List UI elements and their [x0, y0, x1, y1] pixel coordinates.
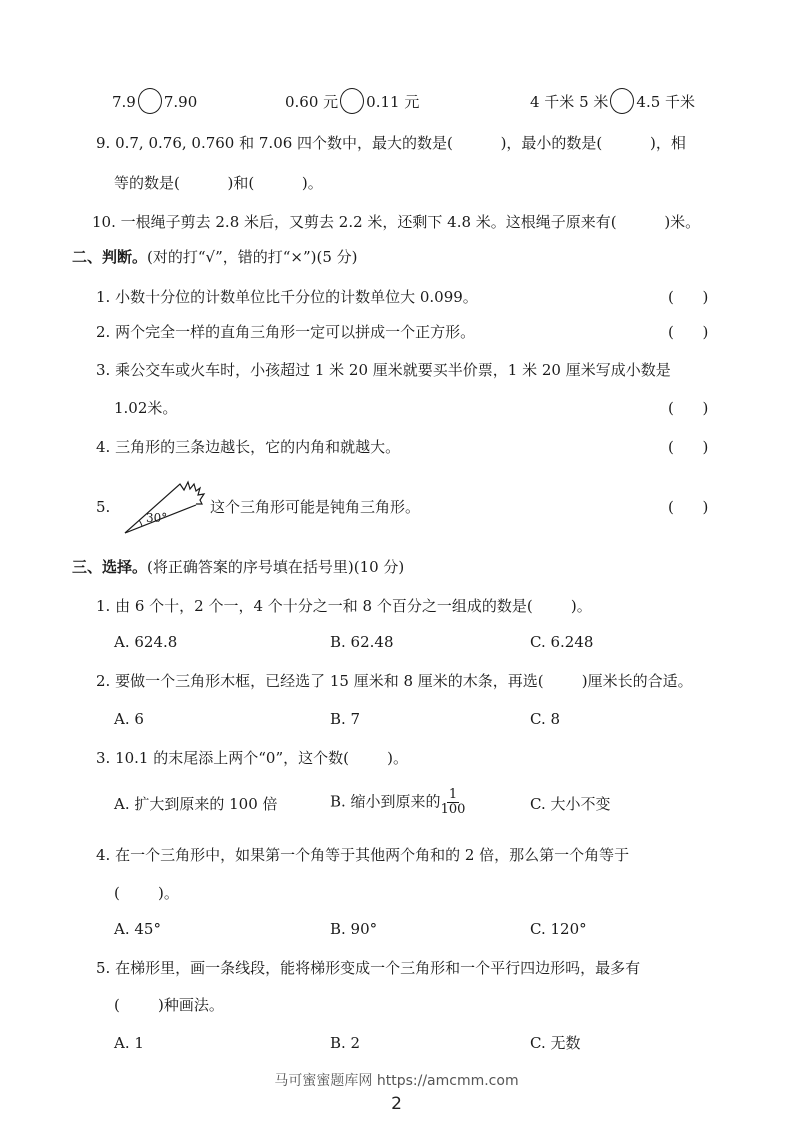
choice-option-4b[interactable]: B. 90° — [330, 919, 377, 939]
choice-option-3a[interactable]: A. 扩大到原来的 100 倍 — [114, 794, 278, 814]
choice-option-3b[interactable]: B. 缩小到原来的1100 — [330, 788, 465, 817]
judge-item-5-number: 5. — [96, 497, 110, 517]
compare-circle-blank[interactable] — [138, 88, 162, 114]
compare-right: 0.11 元 — [366, 93, 419, 111]
judge-item-2: 2. 两个完全一样的直角三角形一定可以拼成一个正方形。 — [96, 322, 475, 342]
judge-answer-paren-5[interactable]: ( ) — [668, 497, 708, 517]
choice-question-3: 3. 10.1 的末尾添上两个“0”，这个数( )。 — [96, 748, 408, 768]
choice-option-2a[interactable]: A. 6 — [114, 709, 144, 729]
section-3-heading: 三、选择。(将正确答案的序号填在括号里)(10 分) — [72, 557, 404, 577]
section-3-title: 三、选择。 — [72, 558, 147, 576]
question-9-line1: 9. 0.7, 0.76, 0.760 和 7.06 四个数中，最大的数是( )… — [96, 133, 686, 153]
choice-question-2: 2. 要做一个三角形木框，已经选了 15 厘米和 8 厘米的木条，再选( )厘米… — [96, 671, 693, 691]
judge-answer-paren-1[interactable]: ( ) — [668, 287, 708, 307]
choice-question-5-cont: ( )种画法。 — [114, 995, 224, 1015]
angle-label: 30° — [146, 511, 167, 525]
judge-item-3: 3. 乘公交车或火车时，小孩超过 1 米 20 厘米就要买半价票，1 米 20 … — [96, 360, 671, 380]
judge-item-1: 1. 小数十分位的计数单位比千分位的计数单位大 0.099。 — [96, 287, 478, 307]
question-10: 10. 一根绳子剪去 2.8 米后，又剪去 2.2 米，还剩下 4.8 米。这根… — [92, 212, 700, 232]
fraction-one-hundredth: 1100 — [441, 788, 466, 817]
section-3-subtitle: (将正确答案的序号填在括号里)(10 分) — [147, 558, 404, 576]
choice-option-1a[interactable]: A. 624.8 — [114, 632, 177, 652]
choice-option-1c[interactable]: C. 6.248 — [530, 632, 593, 652]
compare-circle-blank[interactable] — [610, 88, 634, 114]
choice-option-2c[interactable]: C. 8 — [530, 709, 560, 729]
section-2-title: 二、判断。 — [72, 248, 147, 266]
judge-item-5: 这个三角形可能是钝角三角形。 — [210, 497, 420, 517]
judge-answer-paren-3[interactable]: ( ) — [668, 398, 708, 418]
choice-option-5c[interactable]: C. 无数 — [530, 1033, 580, 1053]
watermark: 马可蜜蜜题库网 https://amcmm.com — [0, 1070, 793, 1090]
choice-option-1b[interactable]: B. 62.48 — [330, 632, 394, 652]
section-2-heading: 二、判断。(对的打“√”，错的打“×”)(5 分) — [72, 247, 358, 267]
choice-option-5b[interactable]: B. 2 — [330, 1033, 360, 1053]
choice-question-4: 4. 在一个三角形中，如果第一个角等于其他两个角和的 2 倍，那么第一个角等于 — [96, 845, 629, 865]
section-2-subtitle: (对的打“√”，错的打“×”)(5 分) — [147, 248, 358, 266]
choice-question-4-cont: ( )。 — [114, 883, 179, 903]
choice-option-4a[interactable]: A. 45° — [114, 919, 161, 939]
judge-item-3-cont: 1.02米。 — [114, 398, 177, 418]
question-9-line2: 等的数是( )和( )。 — [114, 173, 323, 193]
fraction-numerator: 1 — [447, 788, 459, 803]
compare-right: 4.5 千米 — [636, 93, 695, 111]
compare-item-3: 4 千米 5 米4.5 千米 — [530, 90, 695, 116]
judge-answer-paren-4[interactable]: ( ) — [668, 437, 708, 457]
option-3b-text: B. 缩小到原来的 — [330, 793, 441, 811]
compare-left: 4 千米 5 米 — [530, 93, 608, 111]
choice-question-1: 1. 由 6 个十，2 个一，4 个十分之一和 8 个百分之一组成的数是( )。 — [96, 596, 592, 616]
compare-right: 7.90 — [164, 93, 197, 111]
choice-option-3c[interactable]: C. 大小不变 — [530, 794, 610, 814]
compare-left: 0.60 元 — [285, 93, 338, 111]
choice-option-4c[interactable]: C. 120° — [530, 919, 587, 939]
compare-item-1: 7.97.90 — [112, 90, 197, 116]
compare-left: 7.9 — [112, 93, 136, 111]
choice-question-5: 5. 在梯形里，画一条线段，能将梯形变成一个三角形和一个平行四边形吗，最多有 — [96, 958, 640, 978]
choice-option-2b[interactable]: B. 7 — [330, 709, 360, 729]
compare-item-2: 0.60 元0.11 元 — [285, 90, 419, 116]
compare-circle-blank[interactable] — [340, 88, 364, 114]
judge-item-4: 4. 三角形的三条边越长，它的内角和就越大。 — [96, 437, 400, 457]
choice-option-5a[interactable]: A. 1 — [114, 1033, 144, 1053]
page-number: 2 — [0, 1094, 793, 1114]
torn-triangle-figure: 30° — [120, 478, 210, 536]
fraction-denominator: 100 — [441, 803, 466, 817]
judge-answer-paren-2[interactable]: ( ) — [668, 322, 708, 342]
